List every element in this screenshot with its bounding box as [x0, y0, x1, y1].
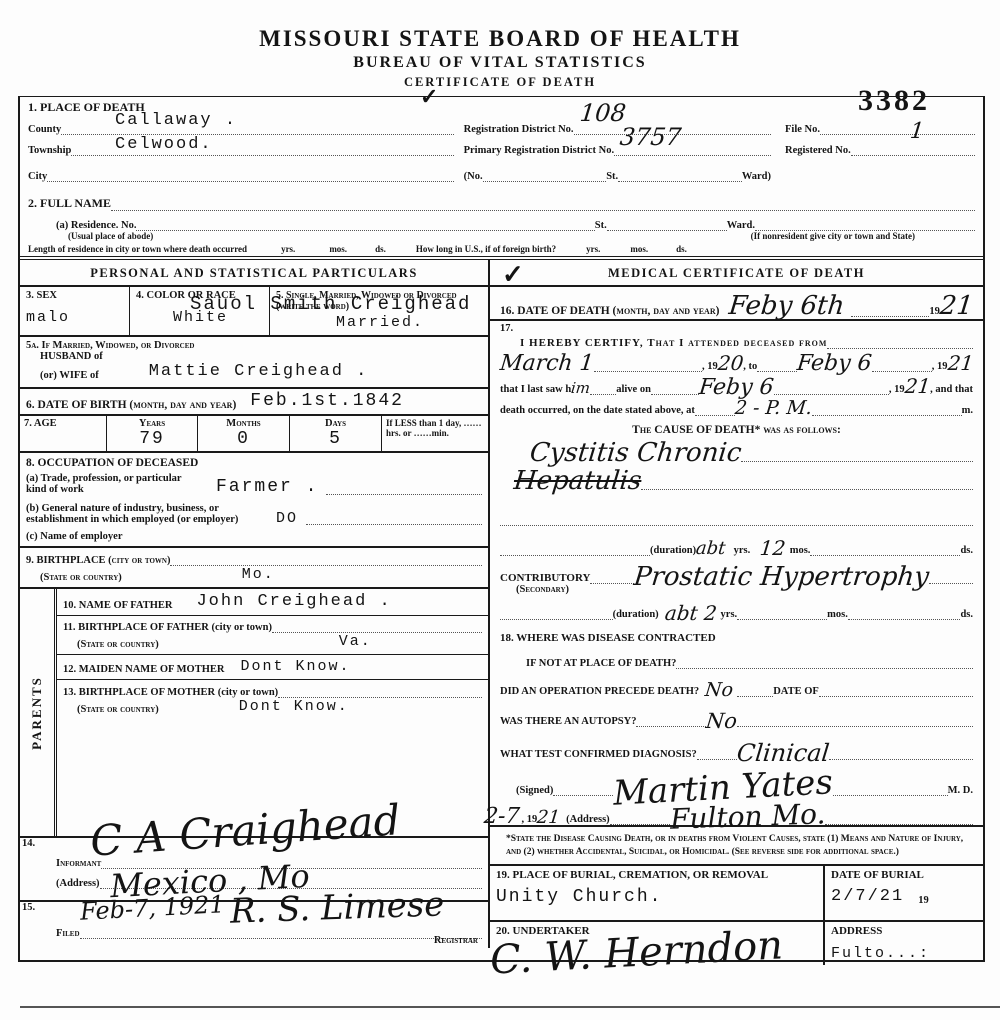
- certify-from-value: March 1: [499, 351, 595, 376]
- father-birthplace-line: [272, 619, 482, 633]
- md-label: M. D.: [948, 785, 973, 796]
- operation-value: No: [704, 679, 734, 701]
- signed-line: [833, 781, 947, 795]
- signed-year-value: 21: [536, 807, 561, 828]
- age-label: 7. AGE: [20, 416, 106, 451]
- duration-lead: [500, 542, 650, 556]
- occupation-a-line: [326, 481, 482, 495]
- test-lead: [697, 745, 737, 759]
- length-mos-label: mos.: [329, 244, 347, 254]
- age-years-value: 79: [111, 429, 193, 449]
- certify-to-line: [872, 357, 932, 371]
- personal-column: PERSONAL AND STATISTICAL PARTICULARS 3. …: [20, 260, 490, 948]
- duration2-lead: [500, 606, 613, 620]
- certify-to-lead: [757, 357, 797, 371]
- operation-label: DID AN OPERATION PRECEDE DEATH?: [500, 686, 699, 697]
- mother-name-item: 12. MAIDEN NAME OF MOTHER Dont Know.: [57, 655, 488, 680]
- father-state-label: (State or country): [63, 639, 159, 650]
- cause-line-3: [500, 512, 973, 526]
- occupation-label: 8. OCCUPATION OF DECEASED: [26, 457, 482, 469]
- full-name-line: [111, 197, 975, 211]
- medical-title: MEDICAL CERTIFICATE OF DEATH: [608, 266, 865, 280]
- filed-date-value: Feb-7, 1921: [79, 891, 225, 927]
- duration-line: [810, 542, 960, 556]
- birthplace-section: 9. BIRTHPLACE (city or town) (State or c…: [20, 548, 488, 588]
- registered-no-value: 1: [909, 119, 926, 144]
- burial-place-label: 19. PLACE OF BURIAL, CREMATION, OR REMOV…: [496, 869, 817, 881]
- age-less-than-day-label: If LESS than 1 day, ……hrs. or ……min.: [382, 416, 488, 451]
- usual-abode-note: (Usual place of abode): [68, 231, 153, 241]
- date-of-death-section: 16. DATE OF DEATH (month, day and year) …: [490, 287, 983, 321]
- certify-to-year: 21: [946, 351, 974, 375]
- signed-address-label: (Address): [566, 814, 610, 825]
- date-of-birth-section: 6. DATE OF BIRTH (month, day and year) F…: [20, 389, 488, 416]
- file-no-line: [820, 121, 975, 135]
- nonresident-note: (If nonresident give city or town and St…: [751, 231, 975, 241]
- mother-state-label: (State or country): [63, 704, 159, 715]
- medical-title-row: ✓ MEDICAL CERTIFICATE OF DEATH: [490, 260, 983, 287]
- residence-ward-line: [755, 217, 975, 231]
- mother-label: 12. MAIDEN NAME OF MOTHER: [63, 664, 224, 675]
- duration-abt-value: abt: [695, 538, 727, 559]
- cause-line-1: [741, 447, 973, 461]
- duration-mos-value: 12: [759, 536, 787, 560]
- duration2-line: [737, 606, 827, 620]
- father-birthplace-value: Va.: [339, 633, 372, 650]
- undertaker-address-value: Fulto...:: [831, 945, 977, 962]
- city-ward-label: Ward): [742, 171, 771, 182]
- married-widowed-label: 5a. If Married, Widowed, or Divorced: [26, 340, 482, 351]
- registrar-signature: R. S. Limese: [229, 885, 445, 932]
- sex-label: 3. SEX: [26, 290, 125, 301]
- howlong-mos-label: mos.: [630, 244, 648, 254]
- informant-address-label: (Address): [56, 878, 100, 889]
- duration2-value: abt 2: [663, 601, 717, 625]
- file-no-label: File No.: [785, 124, 820, 135]
- registration-district-value: 108: [579, 99, 628, 127]
- last-saw-gap: [590, 380, 616, 394]
- full-name-label: 2. FULL NAME: [28, 196, 111, 211]
- spouse-section: 5a. If Married, Widowed, or Divorced HUS…: [20, 337, 488, 389]
- death-occurred-label: death occurred, on the date stated above…: [500, 405, 695, 416]
- death-at-value: 2 - P. M.: [734, 397, 813, 419]
- autopsy-label: WAS THERE AN AUTOPSY?: [500, 716, 636, 727]
- scan-edge-line: [20, 1006, 1000, 1008]
- autopsy-lead: [636, 712, 706, 726]
- father-value: John Creighead .: [196, 592, 391, 611]
- occupation-a-value: Farmer .: [216, 477, 318, 497]
- filed-label: Filed: [56, 928, 80, 939]
- township-label: Township: [28, 145, 71, 156]
- residence-st-line: [607, 217, 727, 231]
- wife-of-label: (or) WIFE of: [26, 370, 99, 381]
- cause-of-death-value: Cystitis Chronic: [528, 438, 743, 468]
- howlong-yrs-label: yrs.: [586, 244, 600, 254]
- dob-label: 6. DATE OF BIRTH (month, day and year): [26, 399, 236, 411]
- husband-of-label: HUSBAND of: [26, 351, 482, 362]
- signed-lead: [553, 781, 613, 795]
- filed-number: 15.: [22, 902, 35, 913]
- parents-block: PARENTS 10. NAME OF FATHER John Creighea…: [20, 589, 488, 839]
- test-label: WHAT TEST CONFIRMED DIAGNOSIS?: [500, 749, 697, 760]
- document-header: MISSOURI STATE BOARD OF HEALTH BUREAU OF…: [0, 26, 1000, 90]
- certify-to-year-prefix: , 19: [932, 361, 948, 372]
- residence-label: (a) Residence. No.: [56, 220, 136, 231]
- full-name-section: 2. FULL NAME Sauol Smith Creighead (a) R…: [20, 194, 983, 256]
- alive-on-line: [774, 380, 889, 394]
- occupation-b-value: DO: [276, 510, 298, 527]
- contributory-line: [929, 570, 973, 584]
- item-17-number: 17.: [500, 323, 973, 334]
- mother-birthplace-item: 13. BIRTHPLACE OF MOTHER (city or town) …: [57, 680, 488, 718]
- occupation-b-line: [306, 511, 482, 525]
- contributory-value: Prostatic Hypertrophy: [633, 562, 931, 592]
- cause-line-2: [641, 475, 973, 489]
- age-days-value: 5: [294, 429, 377, 449]
- age-days-label: Days: [294, 418, 377, 429]
- duration2-line2: [848, 606, 961, 620]
- board-title: MISSOURI STATE BOARD OF HEALTH: [0, 26, 1000, 52]
- full-name-value: Sauol Smith Creighead: [190, 293, 471, 315]
- occupation-section: 8. OCCUPATION OF DECEASED (a) Trade, pro…: [20, 453, 488, 548]
- certify-from-year: 20: [716, 351, 744, 375]
- occupation-c-label: (c) Name of employer: [26, 531, 123, 542]
- duration2-label: (duration): [613, 609, 659, 620]
- spouse-value: Mattie Creighead .: [149, 362, 369, 381]
- father-label: 10. NAME OF FATHER: [63, 600, 172, 611]
- burial-section: 19. PLACE OF BURIAL, CREMATION, OR REMOV…: [490, 864, 983, 965]
- age-months-label: Months: [202, 418, 285, 429]
- last-saw-him: im: [570, 379, 591, 397]
- last-saw-year: 21: [903, 374, 931, 398]
- length-yrs-label: yrs.: [281, 244, 295, 254]
- filed-date-line: [80, 924, 210, 938]
- signed-label: (Signed): [500, 785, 553, 796]
- occupation-a-label: (a) Trade, profession, or particular kin…: [26, 473, 196, 495]
- county-label: County: [28, 124, 61, 135]
- dob-value: Feb.1st.1842: [250, 391, 404, 411]
- two-column-area: PERSONAL AND STATISTICAL PARTICULARS 3. …: [20, 256, 983, 948]
- primary-district-label: Primary Registration District No.: [464, 145, 614, 156]
- registrar-label: Registrar: [434, 935, 478, 946]
- death-at-line: [812, 401, 962, 415]
- informant-number: 14.: [22, 838, 35, 849]
- city-st-line: [618, 168, 742, 182]
- check-mark-icon: ✓: [502, 260, 525, 290]
- signed-date-value: 2-7: [483, 804, 521, 829]
- undertaker-address-label: ADDRESS: [831, 925, 977, 937]
- where-contracted-label: 18. WHERE WAS DISEASE CONTRACTED: [500, 632, 973, 644]
- mother-birthplace-label: 13. BIRTHPLACE OF MOTHER (city or town): [63, 687, 278, 698]
- burial-place-value: Unity Church.: [496, 887, 817, 907]
- birthplace-state-label: (State or country): [26, 572, 122, 583]
- city-no-label: (No.: [464, 171, 483, 182]
- age-section: 7. AGE Years 79 Months 0 Days 5 If LESS …: [20, 416, 488, 453]
- test-line: [829, 745, 973, 759]
- residence-line: [136, 217, 594, 231]
- alive-on-lead: [651, 380, 699, 394]
- certify-from-year-prefix: , 19: [702, 361, 718, 372]
- mother-birthplace-value: Dont Know.: [239, 698, 349, 715]
- signed-year-prefix: , 19: [521, 814, 537, 825]
- last-saw-label: that I last saw h: [500, 384, 571, 395]
- mother-value: Dont Know.: [240, 658, 350, 675]
- city-st-label: St.: [606, 171, 618, 182]
- cause-of-death-label: The CAUSE OF DEATH* was as follows:: [500, 424, 973, 436]
- bureau-title: BUREAU OF VITAL STATISTICS: [0, 54, 1000, 72]
- residence-st-label: St.: [595, 220, 607, 231]
- father-birthplace-item: 11. BIRTHPLACE OF FATHER (city or town) …: [57, 616, 488, 655]
- duration-mos-label: mos.: [790, 545, 811, 556]
- age-months-value: 0: [202, 429, 285, 449]
- certification-section: 17. I HEREBY CERTIFY, That I attended de…: [490, 321, 983, 824]
- duration2-mos-label: mos.: [827, 609, 848, 620]
- length-ds-label: ds.: [375, 244, 386, 254]
- certificate-form: 1. PLACE OF DEATH County Callaway . Town…: [18, 96, 985, 962]
- father-birthplace-label: 11. BIRTHPLACE OF FATHER (city or town): [63, 622, 272, 633]
- burial-place-cell: 19. PLACE OF BURIAL, CREMATION, OR REMOV…: [490, 866, 823, 922]
- filed-section: 15. Filed Feb-7, 1921 R. S. Limese Regis…: [20, 902, 488, 948]
- alive-on-label: alive on: [616, 384, 651, 395]
- operation-line: [737, 682, 773, 696]
- howlong-us-label: How long in U.S., if of foreign birth?: [416, 244, 556, 254]
- operation-date-line: [819, 682, 973, 696]
- certificate-title: CERTIFICATE OF DEATH: [0, 75, 1000, 90]
- duration2-yrs-label: yrs.: [721, 609, 738, 620]
- signed-address-line: [825, 810, 973, 824]
- death-at-m-label: m.: [962, 405, 973, 416]
- medical-column: ✓ MEDICAL CERTIFICATE OF DEATH 16. DATE …: [490, 260, 983, 948]
- burial-date-value: 2/7/21: [831, 887, 904, 906]
- certify-from-lead: [827, 334, 973, 348]
- registered-no-label: Registered No.: [785, 145, 851, 156]
- date-of-death-label: 16. DATE OF DEATH (month, day and year): [500, 305, 719, 317]
- undertaker-cell: 20. UNDERTAKER C. W. Herndon: [490, 922, 823, 965]
- personal-title: PERSONAL AND STATISTICAL PARTICULARS: [20, 260, 488, 287]
- burial-date-cell: DATE OF BURIAL 2/7/21 19: [825, 866, 983, 922]
- if-not-at-place-label: IF NOT AT PLACE OF DEATH?: [500, 658, 676, 669]
- autopsy-line: [737, 712, 973, 726]
- burial-date-label: DATE OF BURIAL: [831, 869, 977, 881]
- birthplace-label: 9. BIRTHPLACE (city or town): [26, 555, 170, 566]
- city-label: City: [28, 171, 47, 182]
- occupation-b-label: (b) General nature of industry, business…: [26, 503, 256, 525]
- certify-from-line: [594, 357, 702, 371]
- birthplace-value: Mo.: [242, 566, 275, 583]
- city-no-line: [483, 168, 607, 182]
- date-of-death-value: Feby 6th: [728, 291, 846, 321]
- certify-to-label: , to: [743, 361, 757, 372]
- primary-district-value: 3757: [619, 123, 683, 151]
- undertaker-address-cell: ADDRESS Fulto...:: [825, 922, 983, 965]
- contributory-label: CONTRIBUTORY: [500, 572, 590, 584]
- duration-ds-label: ds.: [960, 545, 973, 556]
- parents-label: PARENTS: [29, 676, 45, 750]
- last-saw-year-prefix: , 19: [889, 384, 905, 395]
- sex-value: malo: [26, 309, 125, 326]
- birthplace-line: [170, 551, 482, 565]
- county-value: Callaway .: [115, 111, 237, 130]
- contributory-lead: [590, 570, 634, 584]
- death-at-lead: [695, 401, 735, 415]
- city-line: [47, 168, 453, 182]
- marital-value: Married.: [276, 314, 484, 331]
- if-not-line: [676, 654, 973, 668]
- age-years-label: Years: [111, 418, 193, 429]
- death-certificate-page: MISSOURI STATE BOARD OF HEALTH BUREAU OF…: [0, 0, 1000, 1020]
- residence-ward-label: Ward.: [727, 220, 755, 231]
- cause-struck-value: Hepatulis: [512, 466, 643, 496]
- howlong-ds-label: ds.: [676, 244, 687, 254]
- duration-yrs-label: yrs.: [734, 545, 751, 556]
- and-that-label: , and that: [930, 384, 973, 395]
- date-of-death-line: [851, 303, 930, 317]
- length-residence-label: Length of residence in city or town wher…: [28, 244, 247, 254]
- operation-date-label: DATE OF: [773, 686, 819, 697]
- autopsy-value: No: [705, 709, 739, 733]
- certify-to-value: Feby 6: [796, 351, 873, 376]
- mother-birthplace-line: [278, 683, 482, 697]
- duration-label: (duration): [650, 545, 696, 556]
- registration-district-label: Registration District No.: [464, 124, 574, 135]
- place-of-death-section: 1. PLACE OF DEATH County Callaway . Town…: [20, 97, 983, 194]
- date-of-death-year: 21: [938, 291, 974, 321]
- signed-address-value: Fulton Mo.: [669, 797, 825, 835]
- duration2-ds-label: ds.: [960, 609, 973, 620]
- certify-label: I HEREBY CERTIFY, That I attended deceas…: [520, 337, 827, 349]
- burial-date-suffix: 19: [918, 895, 929, 906]
- father-name-item: 10. NAME OF FATHER John Creighead .: [57, 589, 488, 616]
- township-value: Celwood.: [115, 135, 213, 154]
